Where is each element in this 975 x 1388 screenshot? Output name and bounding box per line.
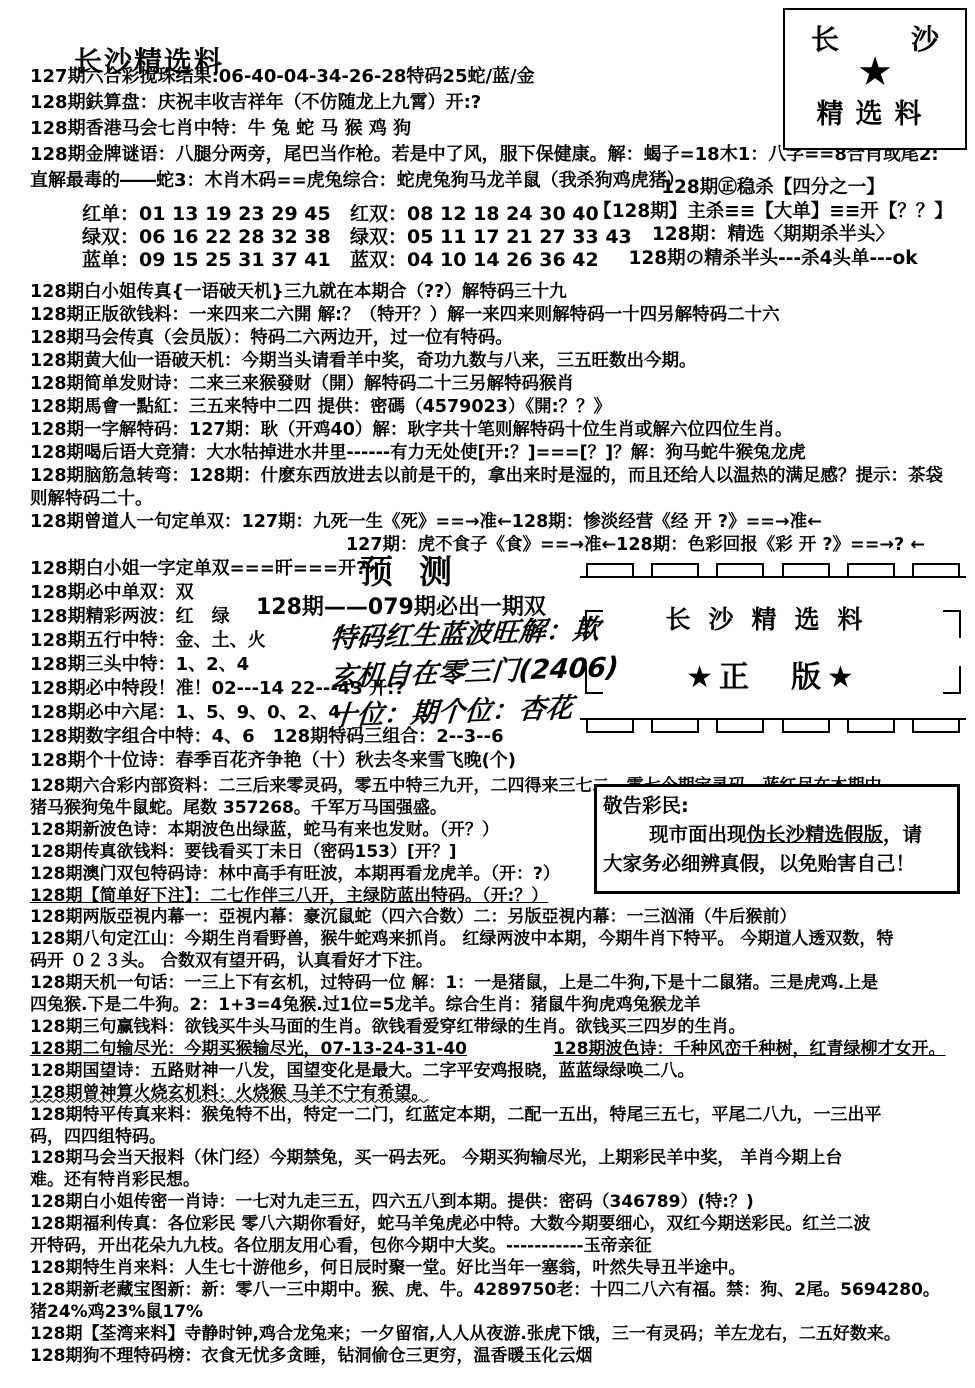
- text-line: 开特码，开出花朵九九枝。各位朋友用心看，包你今期中大奖。-----------玉…: [30, 1236, 975, 1258]
- text-line: 128期黄大仙一语破天机：今期当头请看羊中奖，奇功九数与八来，三五旺数出今期。: [30, 350, 975, 373]
- notice-line: 现市面出现伪长沙精选假版，请: [603, 820, 951, 849]
- battlement-border-bottom: [580, 718, 966, 734]
- number-group-right: 蓝双：04 10 14 26 36 42: [350, 249, 599, 271]
- text-line: 128期特平传真来料：猴兔特不出，特定一二门，红蓝定本期，二配一五出，特尾三五七…: [30, 1105, 975, 1127]
- text-line: 128期馬會一點紅：三五来特中二四 提供：密碼（4579023）《開:？？》: [30, 396, 975, 419]
- text-line: 128期国望诗：五路财神一八发，国望变化是最大。二字平安鸡报晓，蓝蓝绿绿唤二八。: [30, 1061, 975, 1083]
- text-line: 128期喝后语大竞猜：大水牯掉进水井里------有力无处使[开:？]===[？…: [30, 442, 975, 465]
- notice-line: 大家务必细辨真假，以免贻害自己！: [603, 849, 951, 878]
- number-group-right: 红双：08 12 18 24 30 40: [350, 203, 599, 225]
- text-line: 码开 ０２３头。 合数双有望开码，认真看好才下注。: [30, 951, 975, 973]
- text-line: 【128期】主杀≡≡【大单】≡≡开【？？】: [575, 200, 971, 224]
- text-line: 128期㊣稳杀【四分之一】: [575, 176, 971, 200]
- text-line: 猪24%鸡23%鼠17%: [30, 1302, 975, 1324]
- text-line: 128期の精杀半头---杀4头单---ok: [575, 247, 971, 271]
- corner-bracket: [943, 610, 961, 638]
- battlement-border-top: [580, 562, 966, 578]
- text-line: 128期福利传真：各位彩民 零八六期你看好，蛇马羊兔虎必中特。大数今期要细心，双…: [30, 1214, 975, 1236]
- text-line: 128期白小姐传真{一语破天机}三九就在本期合（??）解特码三十九: [30, 281, 975, 304]
- notice-box: 敬告彩民: 现市面出现伪长沙精选假版，请 大家务必细辨真假，以免贻害自己！: [594, 784, 960, 894]
- text-line: 128期新老藏宝图新：新：零八一三中期中。猴、虎、牛。4289750老：十四二八…: [30, 1280, 975, 1302]
- text-segment: 128期二句输尽光：今期买猴输尽光，07-13-24-31-40: [30, 1039, 467, 1059]
- text-line: 128期曾神算火烧玄机料：火烧猴 马羊不宁有希望。: [30, 1083, 975, 1105]
- text-line: 128期一字解特码：127期：耿（开鸡40）解：耿字共十笔则解特码十位生肖或解六…: [30, 419, 975, 442]
- text-line: 128期天机一句话：一三上下有玄机，过特码一位 解：1：一是猪鼠，上是二牛狗,下…: [30, 973, 975, 995]
- star-icon: ★: [785, 54, 965, 90]
- notice-underlined-text: 伪长沙精选假版: [747, 823, 884, 846]
- text-line: 128期二句输尽光：今期买猴输尽光，07-13-24-31-40128期波色诗：…: [30, 1039, 975, 1061]
- text-line: 难。还有特肖彩民想。: [30, 1170, 975, 1192]
- corner-bracket: [943, 666, 961, 694]
- logo-char-right: 沙: [911, 18, 939, 58]
- number-group-left: 绿双：06 16 22 28 32 38: [82, 226, 350, 249]
- text-line: 128期八句定江山：今期生肖看野兽，猴牛蛇鸡来抓肖。 红绿两波中本期，今期牛肖下…: [30, 929, 975, 951]
- text-line: 128期正版欲钱料：一来四来二六開 解:？（特开？）解一来四来则解特码一十四另解…: [30, 304, 975, 327]
- genuine-box-title: 长沙精选料: [580, 600, 966, 636]
- text-line: 128期白小姐传密一肖诗：一七对九走三五，四六五八到本期。提供：密码（34678…: [30, 1192, 975, 1214]
- text-line: 128期狗不理特码榜：衣食无忧多贪睡，钻洞偷仓三更穷，温香暖玉化云烟: [30, 1346, 975, 1368]
- text-line: 128期个十位诗：春季百花齐争艳（十）秋去冬来雪飞晚(个): [30, 749, 975, 773]
- logo-box-subtitle: 精选料: [785, 92, 965, 131]
- kill-lines-block: 128期㊣稳杀【四分之一】【128期】主杀≡≡【大单】≡≡开【？？】128期：精…: [575, 176, 971, 270]
- number-group-left: 蓝单：09 15 25 31 37 41: [82, 249, 350, 272]
- text-segment: 128期波色诗：千种风峦千种树，红青绿柳才女开。: [553, 1039, 946, 1059]
- text-line: 128期曾道人一句定单双：127期：九死一生《死》==→准←128期：惨淡经营《…: [30, 511, 975, 534]
- text-line: 四兔猴.下是二牛狗。2：1+3=4兔猴.过1位=5龙羊。综合生肖：猪鼠牛狗虎鸡兔…: [30, 995, 975, 1017]
- genuine-box-label: ★正 版★: [580, 652, 966, 696]
- forecast-title: 预测: [360, 546, 478, 593]
- genuine-edition-box: 长沙精选料 ★正 版★: [580, 562, 966, 734]
- text-line: 则解特码二十。: [30, 488, 975, 511]
- text-line: 128期三句赢钱料：欲钱买牛头马面的生肖。欲钱看爱穿红带绿的生肖。欲钱买三四岁的…: [30, 1017, 975, 1039]
- text-line: 128期：精选〈期期杀半头〉: [575, 223, 971, 247]
- mid-lines: 128期白小姐传真{一语破天机}三九就在本期合（??）解特码三十九128期正版欲…: [30, 281, 975, 557]
- text-line: 128期马会传真（会员版）：特码二六两边开，过一位有特码。: [30, 327, 975, 350]
- text-line: 128期马会当天报料（休门经）今期禁兔，买一码去死。 今期买狗输尽光，上期彩民羊…: [30, 1148, 975, 1170]
- notice-title: 敬告彩民:: [603, 791, 951, 820]
- text-line: 128期简单发财诗：二来三来猴發财（開）解特码二十三另解特码猴肖: [30, 373, 975, 396]
- text-line: 码，四四组特码。: [30, 1127, 975, 1149]
- logo-char-left: 长: [811, 18, 839, 58]
- text-line: 128期两版亞視内幕一：亞視内幕：豪沉鼠蛇（四六合数）二：另版亞視内幕：一三汹涌…: [30, 907, 975, 929]
- number-group-left: 红单：01 13 19 23 29 45: [82, 203, 350, 226]
- text-line: 128期脑筋急转弯：128期：什麽东西放进去以前是干的，拿出来时是湿的，而且还给…: [30, 465, 975, 488]
- text-line: 128期特生肖来料：人生七十游他乡，何日辰时聚一堂。好比当年一塞翁，叶然失导丑半…: [30, 1258, 975, 1280]
- text-line: 128期【荃湾来料】寺静时钟,鸡合龙兔来；一夕留宿,人人从夜游.张虎下饿，三一有…: [30, 1324, 975, 1346]
- logo-box: 长 沙 ★ 精选料: [783, 8, 967, 150]
